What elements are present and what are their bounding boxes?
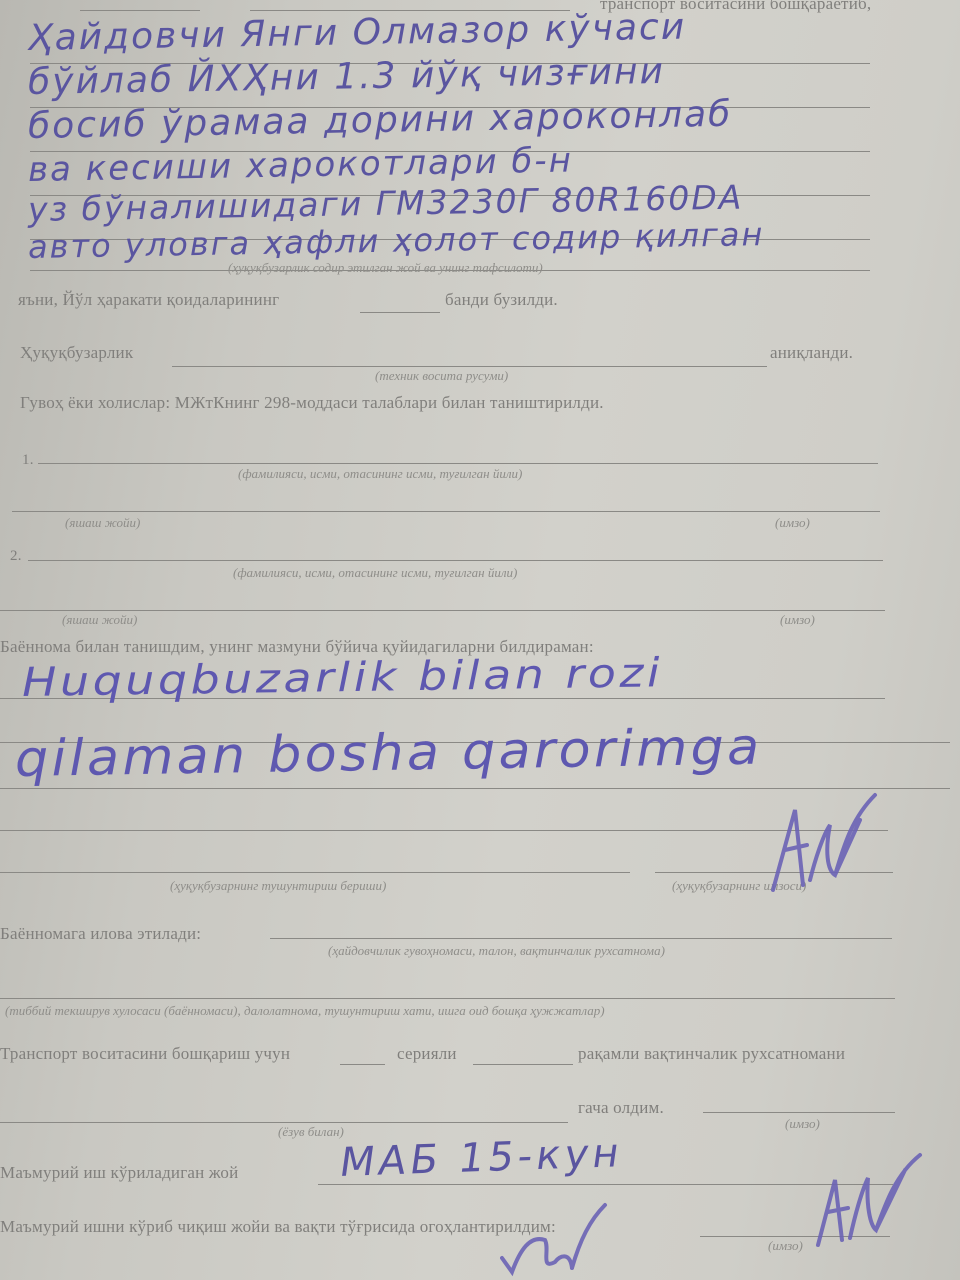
handwritten-explanation-line-1: Huquqbuzarlik bilan rozi xyxy=(22,650,664,706)
protocol-form-page: транспорт воситасини бошқараётиб, Ҳайдов… xyxy=(0,0,960,1280)
place-caption: (ҳуқуқбузарлик содир этилган жой ва унин… xyxy=(228,260,543,276)
top-blank-line xyxy=(80,10,200,11)
detection-suffix: аниқланди. xyxy=(770,343,853,363)
witness-1-address-caption: (яшаш жойи) xyxy=(65,515,140,531)
handwritten-place-line-2: бўйлаб ЙХҲни 1.3 йўқ чизғини xyxy=(28,51,666,103)
witness-2-number: 2. xyxy=(10,548,22,565)
witness-1-name-line[interactable] xyxy=(38,463,878,464)
notification-prefix: Маъмурий ишни кўриб чиқиш жойи ва вақти … xyxy=(0,1217,556,1237)
permit-text-3: рақамли вақтинчалик рухсатномани xyxy=(578,1044,845,1064)
notification-signature xyxy=(810,1150,960,1250)
officer-signature xyxy=(500,1200,620,1280)
permit-text-2: серияли xyxy=(397,1044,457,1064)
handwritten-place-line-1: Ҳайдовчи Янги Олмазор кўчаси xyxy=(28,7,687,59)
rules-suffix: банди бузилди. xyxy=(445,290,558,310)
detection-blank[interactable] xyxy=(172,366,767,367)
detection-caption: (техник восита русуми) xyxy=(375,368,508,384)
witness-1-name-caption: (фамилияси, исми, отасининг исми, туғилг… xyxy=(238,466,522,482)
witness-1-address-line[interactable] xyxy=(12,511,880,512)
witness-2-address-caption: (яшаш жойи) xyxy=(62,612,137,628)
permit-series-blank[interactable] xyxy=(340,1064,385,1065)
permit-text-1: Транспорт воситасини бошқариш учун xyxy=(0,1044,290,1064)
permit-number-blank[interactable] xyxy=(473,1064,573,1065)
witness-2-name-line[interactable] xyxy=(28,560,883,561)
notification-signature-caption: (имзо) xyxy=(768,1238,803,1254)
attachments-line-2[interactable] xyxy=(0,998,895,999)
attachments-prefix: Баённомага илова этилади: xyxy=(0,924,201,944)
handwritten-place-line-3: босиб ўрамаа дорини хароконлаб xyxy=(28,94,733,147)
explanation-line-3[interactable] xyxy=(0,788,950,789)
permit-written-caption: (ёзув билан) xyxy=(278,1124,344,1140)
handwritten-case-place: МАБ 15-кун xyxy=(337,1130,626,1186)
permit-signature-caption: (имзо) xyxy=(785,1116,820,1132)
permit-text-4: гача олдим. xyxy=(578,1098,664,1118)
rules-blank[interactable] xyxy=(360,312,440,313)
attachments-caption-2: (тиббий текширув хулосаси (баённомаси), … xyxy=(5,1003,605,1019)
witness-1-signature-caption: (имзо) xyxy=(775,515,810,531)
rules-prefix: яъни, Йўл ҳаракати қоидаларининг xyxy=(18,290,279,310)
witness-1-number: 1. xyxy=(22,452,34,469)
case-place-line[interactable] xyxy=(318,1184,893,1185)
explanation-line-5[interactable] xyxy=(0,872,630,873)
witness-2-signature-caption: (имзо) xyxy=(780,612,815,628)
witnesses-intro: Гувоҳ ёки холислар: МЖтКнинг 298-моддаси… xyxy=(20,393,604,413)
permit-signature-line[interactable] xyxy=(703,1112,895,1113)
handwritten-explanation-line-2: qilaman bosha qarorimga xyxy=(14,718,762,788)
offender-signature xyxy=(755,790,895,900)
case-place-prefix: Маъмурий иш кўриладиган жой xyxy=(0,1163,238,1183)
attachments-caption-1: (ҳайдовчилик гувоҳномаси, талон, вақтинч… xyxy=(328,943,665,959)
permit-date-line[interactable] xyxy=(0,1122,568,1123)
witness-2-address-line[interactable] xyxy=(0,610,885,611)
detection-prefix: Ҳуқуқбузарлик xyxy=(20,343,133,363)
witness-2-name-caption: (фамилияси, исми, отасининг исми, туғилг… xyxy=(233,565,517,581)
attachments-line-1[interactable] xyxy=(270,938,892,939)
explanation-caption: (ҳуқуқбузарнинг тушунтириш бериши) xyxy=(170,878,386,894)
